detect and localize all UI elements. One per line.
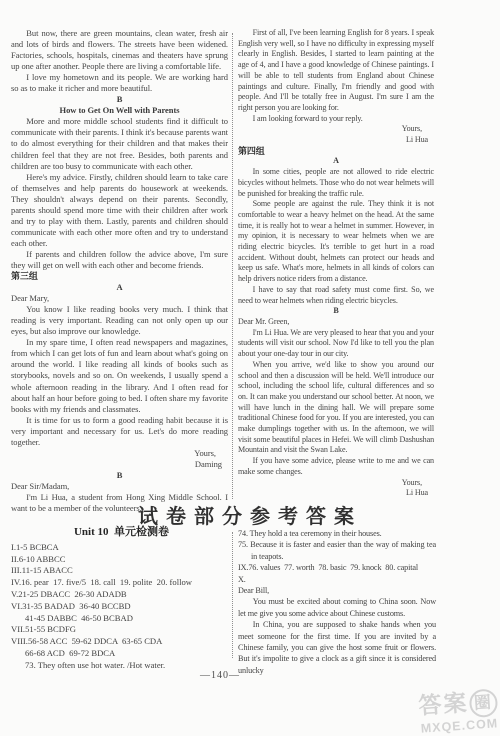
letter-salutation: Dear Mr. Green, <box>238 317 434 328</box>
letter-paragraph: First of all, I've been learning English… <box>238 28 434 114</box>
answer-line: 75. Because it is faster and easier than… <box>238 539 436 562</box>
answer-line: V.21-25 DBACC 26-30 ADADB <box>11 589 232 601</box>
letter-paragraph: You know I like reading books very much.… <box>11 304 228 337</box>
essay-paragraph: I love my hometown and its people. We ar… <box>11 72 228 94</box>
letter-salutation: Dear Bill, <box>238 585 436 596</box>
essay-paragraph: I have to say that road safety must come… <box>238 285 434 306</box>
letter-closing: Yours, <box>238 124 434 135</box>
section-b-heading: B <box>11 94 228 105</box>
watermark: 答案圈 MXQE.COM <box>418 687 500 735</box>
answer-line: I.1-5 BCBCA <box>11 542 232 554</box>
group-4-label: 第四组 <box>238 146 434 157</box>
essay-paragraph: In some cities, people are not allowed t… <box>238 167 434 199</box>
essay-paragraph: But now, there are green mountains, clea… <box>11 28 228 72</box>
answer-line: VII.51-55 BCDFG <box>11 624 232 636</box>
answer-line: 41-45 DABBC 46-50 BCBAD <box>11 613 232 625</box>
answer-line: IX.76. values 77. worth 78. basic 79. kn… <box>238 562 436 573</box>
answer-line: II.6-10 ABBCC <box>11 554 232 566</box>
section-b-heading: B <box>11 470 228 481</box>
column-divider <box>232 532 233 658</box>
top-left-column: But now, there are green mountains, clea… <box>11 28 228 514</box>
letter-signature: Li Hua <box>238 135 434 146</box>
answers-right-column: 74. They hold a tea ceremony in their ho… <box>238 528 436 676</box>
section-a-heading: A <box>11 282 228 293</box>
column-divider <box>232 33 233 499</box>
letter-paragraph: If you have some advice, please write to… <box>238 456 434 477</box>
answer-line: 74. They hold a tea ceremony in their ho… <box>238 528 436 539</box>
section-a-heading: A <box>238 156 434 167</box>
top-right-column: First of all, I've been learning English… <box>238 28 434 499</box>
answer-line: VIII.56-58 ACC 59-62 DDCA 63-65 CDA <box>11 636 232 648</box>
letter-salutation: Dear Mary, <box>11 293 228 304</box>
answer-line: 73. They often use hot water. /Hot water… <box>11 660 232 672</box>
essay-paragraph: Here's my advice. Firstly, children shou… <box>11 172 228 249</box>
letter-paragraph: In my spare time, I often read newspaper… <box>11 337 228 414</box>
essay-paragraph: If parents and children follow the advic… <box>11 249 228 271</box>
essay-paragraph: More and more middle school students fin… <box>11 116 228 171</box>
section-b-heading: B <box>238 306 434 317</box>
essay-paragraph: Some people are against the rule. They t… <box>238 199 434 285</box>
scanned-answer-page: But now, there are green mountains, clea… <box>0 0 500 736</box>
letter-closing: Yours, <box>11 448 228 459</box>
answers-section-title: 试卷部分参考答案 <box>0 500 500 529</box>
letter-salutation: Dear Sir/Madam, <box>11 481 228 492</box>
letter-paragraph: In China, you are supposed to shake hand… <box>238 619 436 676</box>
letter-paragraph: When you arrive, we'd like to show you a… <box>238 360 434 456</box>
answer-line: III.11-15 ABACC <box>11 565 232 577</box>
answer-line: X. <box>238 574 436 585</box>
answer-line: IV.16. pear 17. five/5 18. call 19. poli… <box>11 577 232 589</box>
group-3-label: 第三组 <box>11 271 228 282</box>
letter-paragraph: I'm Li Hua. We are very pleased to hear … <box>238 328 434 360</box>
answer-line: 66-68 ACD 69-72 BDCA <box>11 648 232 660</box>
letter-paragraph: You must be excited about coming to Chin… <box>238 596 436 619</box>
unit-title: Unit 10 单元检测卷 <box>11 527 232 539</box>
answers-left-column: Unit 10 单元检测卷 I.1-5 BCBCA II.6-10 ABBCC … <box>11 527 232 672</box>
letter-signature: Li Hua <box>238 488 434 499</box>
letter-paragraph: I am looking forward to your reply. <box>238 114 434 125</box>
page-number: —140— <box>200 670 240 681</box>
letter-closing: Yours, <box>238 478 434 489</box>
watermark-brand-text: 答案 <box>418 689 470 718</box>
letter-signature: Daming <box>11 459 228 470</box>
watermark-circle-badge: 圈 <box>469 688 499 718</box>
letter-paragraph: It is time for us to form a good reading… <box>11 415 228 448</box>
answer-line: VI.31-35 BADAD 36-40 BCCBD <box>11 601 232 613</box>
essay-title: How to Get On Well with Parents <box>11 105 228 116</box>
